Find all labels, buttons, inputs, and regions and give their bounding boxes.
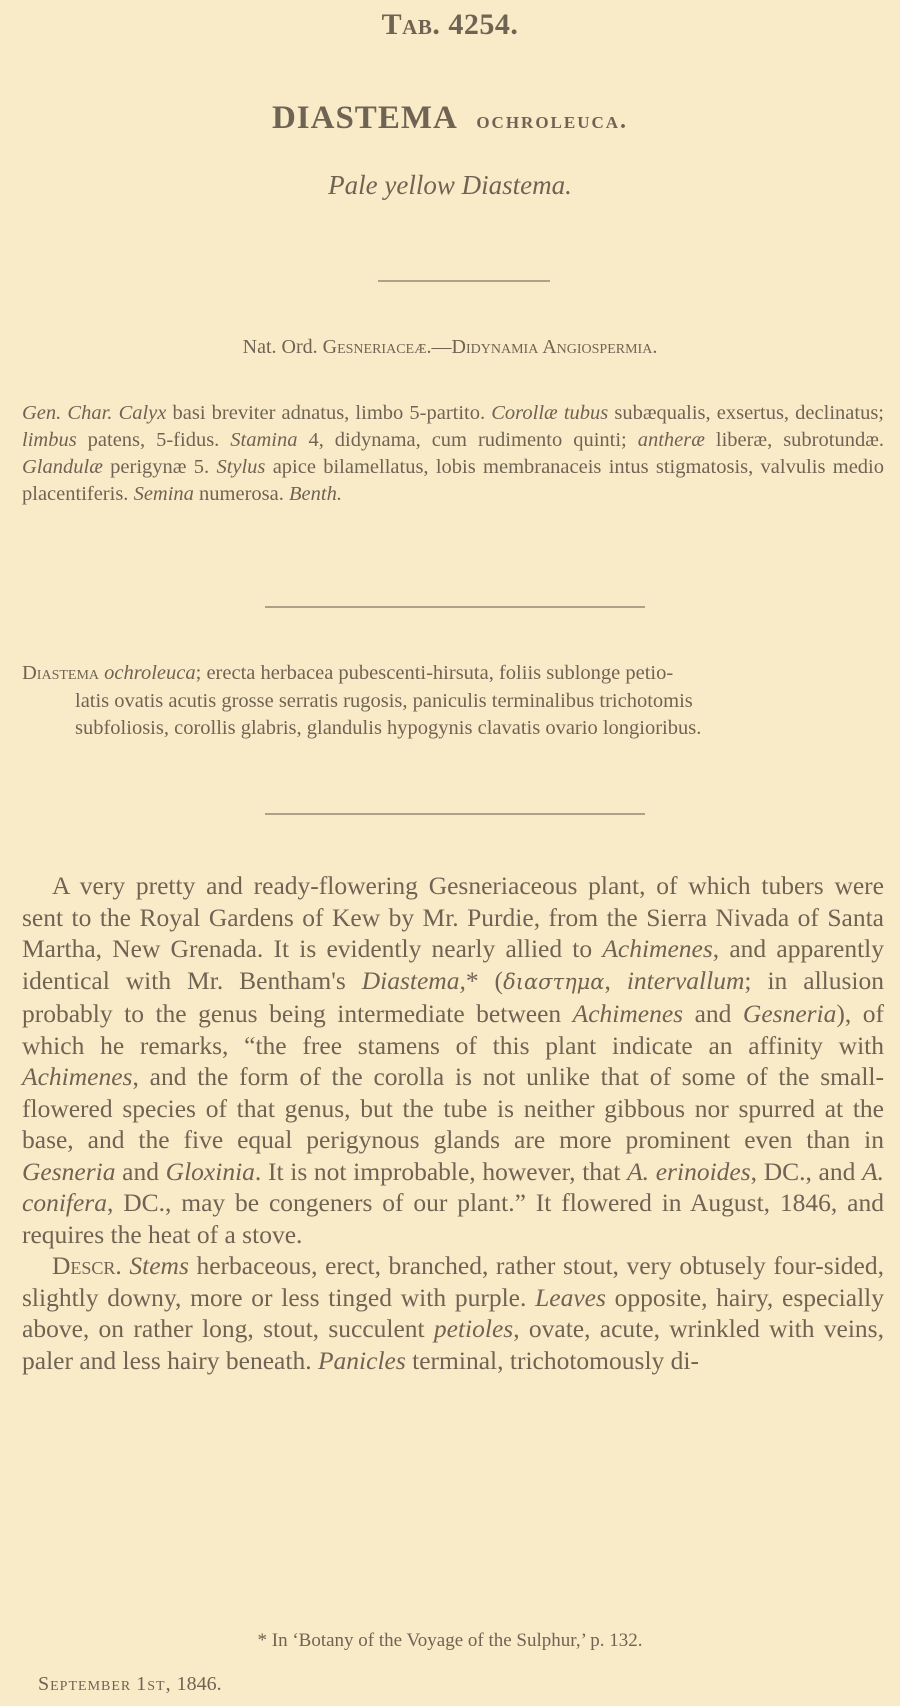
generic-character-segment: limbus bbox=[22, 429, 77, 451]
body-text: A very pretty and ready-flowering Gesner… bbox=[22, 870, 884, 1376]
generic-character-segment: Stylus bbox=[216, 456, 265, 478]
body-segment: intervallum bbox=[627, 966, 745, 995]
divider-2 bbox=[265, 606, 645, 608]
paragraph-introduction: A very pretty and ready-flowering Gesner… bbox=[22, 870, 884, 1250]
body-segment: petioles bbox=[434, 1314, 513, 1343]
tab-label: Tab. bbox=[382, 8, 441, 41]
body-segment: . It is not improbable, however, that bbox=[255, 1157, 627, 1186]
body-segment: A. erinoides bbox=[627, 1157, 751, 1186]
divider-1 bbox=[378, 280, 550, 282]
natural-order-class: Didynamia Angiospermia. bbox=[452, 336, 658, 358]
body-segment: Gloxinia bbox=[166, 1157, 255, 1186]
tab-number: 4254. bbox=[448, 8, 518, 41]
body-segment: , bbox=[604, 966, 626, 995]
body-segment: Achimenes bbox=[602, 934, 712, 963]
body-segment: Panicles bbox=[318, 1346, 406, 1375]
body-segment: Gesneria bbox=[22, 1157, 115, 1186]
common-name: Pale yellow Diastema. bbox=[0, 170, 900, 201]
generic-character-segment: Gen. Char. bbox=[22, 402, 112, 424]
body-segment: Diastema, bbox=[362, 966, 466, 995]
natural-order-label: Nat. Ord. bbox=[243, 336, 318, 358]
generic-character-segment: basi breviter adnatus, limbo 5-partito. bbox=[166, 402, 491, 424]
body-segment: , DC., may be congeners of our plant.” I… bbox=[22, 1188, 884, 1249]
body-segment: , DC., and bbox=[751, 1157, 862, 1186]
genus-name: DIASTEMA bbox=[272, 100, 458, 136]
publication-date: September 1st, 1846. bbox=[38, 1673, 222, 1696]
body-segment: , and the form of the corolla is not unl… bbox=[22, 1062, 884, 1154]
generic-character-segment: liberæ, subrotundæ. bbox=[705, 429, 884, 451]
natural-order: Nat. Ord. Gesneriaceæ.—Didynamia Angiosp… bbox=[0, 336, 900, 359]
body-segment: Descr. bbox=[52, 1251, 122, 1280]
generic-character-segment: Semina bbox=[134, 483, 194, 505]
specific-genus: Diastema bbox=[22, 662, 99, 684]
generic-character-segment: Calyx bbox=[119, 402, 167, 424]
natural-order-dash: — bbox=[432, 336, 452, 358]
body-segment: * ( bbox=[466, 966, 503, 995]
body-segment: Achimenes bbox=[573, 999, 683, 1028]
plate-number: Tab. 4254. bbox=[0, 8, 900, 42]
specific-character-line-1: Diastema ochroleuca; erecta herbacea pub… bbox=[22, 660, 884, 688]
specific-species: ochroleuca bbox=[104, 662, 195, 684]
paragraph-description: Descr. Stems herbaceous, erect, branched… bbox=[22, 1250, 884, 1376]
specific-character-line-2: latis ovatis acutis grosse serratis rugo… bbox=[22, 688, 884, 716]
natural-order-family: Gesneriaceæ. bbox=[323, 336, 432, 358]
specific-text-1: ; erecta herbacea pubescenti-hirsuta, fo… bbox=[196, 662, 674, 684]
generic-character: Gen. Char. Calyx basi breviter adnatus, … bbox=[22, 400, 884, 508]
body-segment: terminal, trichotomously di- bbox=[406, 1346, 699, 1375]
body-segment: and bbox=[683, 999, 743, 1028]
generic-character-segment: perigynæ 5. bbox=[103, 456, 217, 478]
date-month: September bbox=[38, 1673, 131, 1695]
body-segment: Achimenes bbox=[22, 1062, 132, 1091]
generic-character-segment: Benth. bbox=[289, 483, 342, 505]
generic-character-segment: 4, didynama, cum rudimento quinti; bbox=[297, 429, 637, 451]
body-segment: and bbox=[115, 1157, 165, 1186]
body-segment: Leaves bbox=[535, 1283, 606, 1312]
generic-character-segment: patens, 5-fidus. bbox=[77, 429, 231, 451]
date-day: 1st, bbox=[136, 1673, 171, 1695]
divider-3 bbox=[265, 813, 645, 815]
body-segment: διαστημα bbox=[503, 970, 604, 994]
body-segment: Stems bbox=[129, 1251, 189, 1280]
date-year: 1846. bbox=[177, 1673, 222, 1695]
specific-character-line-3: subfoliosis, corollis glabris, glandulis… bbox=[22, 715, 884, 743]
generic-character-segment: numerosa. bbox=[194, 483, 289, 505]
species-name: ochroleuca. bbox=[476, 108, 628, 134]
generic-character-segment: subæqualis, exsertus, declinatus; bbox=[608, 402, 884, 424]
generic-character-segment: Glandulæ bbox=[22, 456, 103, 478]
specific-character: Diastema ochroleuca; erecta herbacea pub… bbox=[22, 660, 884, 743]
generic-character-segment: antheræ bbox=[638, 429, 705, 451]
body-segment: Gesneria bbox=[743, 999, 836, 1028]
page-title: DIASTEMA ochroleuca. bbox=[0, 100, 900, 137]
footnote: * In ‘Botany of the Voyage of the Sulphu… bbox=[0, 1630, 900, 1652]
generic-character-segment: Stamina bbox=[230, 429, 297, 451]
generic-character-segment: Corollæ tubus bbox=[491, 402, 608, 424]
